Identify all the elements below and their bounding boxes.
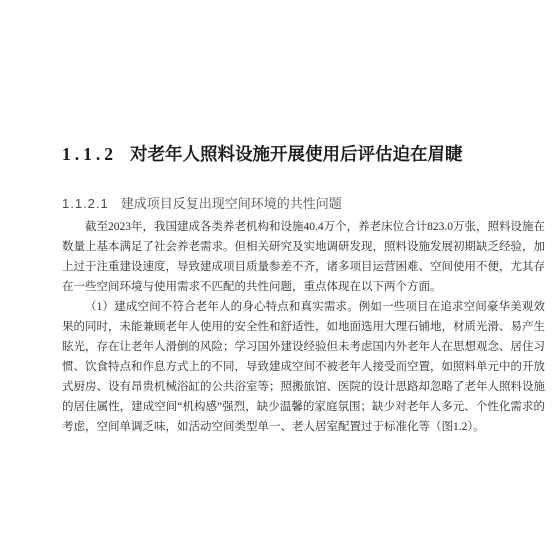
section-heading: 1.1.2对老年人照料设施开展使用后评估迫在眉睫 — [62, 142, 463, 166]
subsection-title: 建成项目反复出现空间环境的共性问题 — [121, 196, 342, 211]
paragraph-overview: 截至2023年，我国建成各类养老机构和设施40.4万个，养老床位合计823.0万… — [62, 217, 545, 297]
section-title: 对老年人照料设施开展使用后评估迫在眉睫 — [130, 144, 463, 164]
subsection-heading: 1.1.2.1建成项目反复出现空间环境的共性问题 — [62, 195, 342, 213]
paragraph-problem-1: （1）建成空间不符合老年人的身心特点和真实需求。例如一些项目在追求空间豪华美观效… — [62, 297, 545, 437]
body-text: 截至2023年，我国建成各类养老机构和设施40.4万个，养老床位合计823.0万… — [62, 217, 545, 437]
subsection-number: 1.1.2.1 — [62, 196, 109, 211]
document-page: 1.1.2对老年人照料设施开展使用后评估迫在眉睫 1.1.2.1建成项目反复出现… — [0, 0, 556, 556]
section-number: 1.1.2 — [62, 144, 117, 164]
